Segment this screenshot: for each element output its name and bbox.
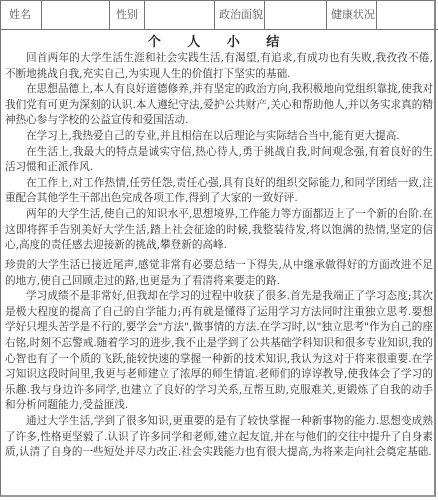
paragraph-academic: 学习成绩不是非常好,但我却在学习的过程中收获了很多.首先是我端正了学习态度;其次… [5,289,433,414]
paragraph-growth: 通过大学生活,学到了很多知识,更重要的是有了较快掌握一种新事物的能力.思想变成熟… [5,414,433,461]
name-label: 姓名 [0,0,41,29]
name-value-cell[interactable] [42,0,110,29]
gender-label: 性别 [110,0,144,29]
paragraph-reflection: 珍贵的大学生活已接近尾声,感觉非常有必要总结一下得失,从中继承做得好的方面改进不… [5,258,433,289]
gender-label-cell: 性别 [110,0,145,29]
paragraph-intro: 回首两年的大学生活生涯和社会实践生活,有渴望,有追求,有成功也有失败,我孜孜不倦… [5,51,433,82]
paragraph-conclusion: 两年的大学生活,使自己的知识水平,思想境界,工作能力等方面都迈上了一个新的台阶.… [5,207,433,254]
health-status-value-cell[interactable] [377,0,438,29]
paragraph-work: 在工作上,对工作热情,任劳任怨,责任心强,具有良好的组织交际能力,和同学团结一致… [5,176,433,207]
political-status-value-cell[interactable] [265,0,327,29]
paragraph-life: 在生活上,我最大的特点是诚实守信,热心待人,勇于挑战自我,时间观念强,有着良好的… [5,145,433,176]
gender-value-cell[interactable] [145,0,215,29]
health-status-label-cell: 健康状况 [327,0,377,29]
political-status-label-cell: 政治面貌 [215,0,265,29]
political-status-label: 政治面貌 [215,0,264,29]
summary-section-1: 回首两年的大学生活生涯和社会实践生活,有渴望,有追求,有成功也有失败,我孜孜不倦… [5,51,433,254]
summary-section-2: 珍贵的大学生活已接近尾声,感觉非常有必要总结一下得失,从中继承做得好的方面改进不… [5,258,433,461]
health-status-label: 健康状况 [327,0,376,29]
summary-title: 个 人 小 结 [0,35,438,51]
info-header-row: 姓名 性别 政治面貌 健康状况 [0,0,438,30]
paragraph-study: 在学习上,我热爱自己的专业,并且相信在以后理论与实际结合当中,能有更大提高. [5,129,433,145]
name-label-cell: 姓名 [0,0,42,29]
paragraph-ideology: 在思想品德上,本人有良好道德修养,并有坚定的政治方向,我积极地向党组织靠拢,使我… [5,82,433,129]
